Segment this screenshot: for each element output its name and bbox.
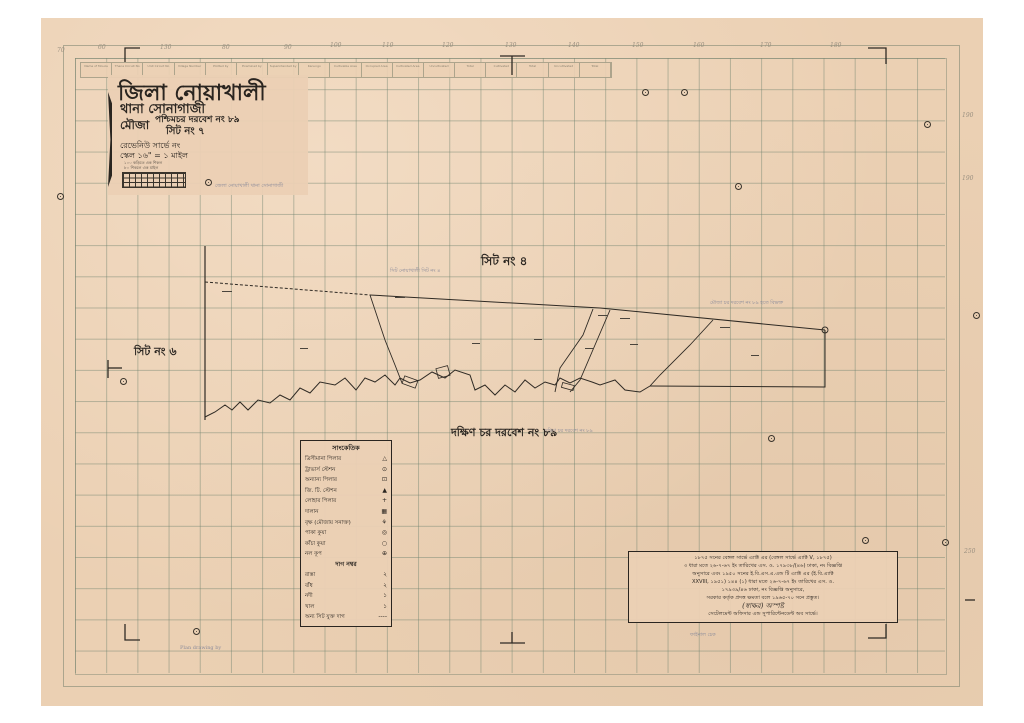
legend-item: নদী১ <box>301 591 391 602</box>
road-icon: ২ <box>383 570 387 581</box>
legend-label: খাল <box>305 602 314 613</box>
legend-item: ট্রাভার্স স্টেশন⊙ <box>301 465 391 476</box>
legend-item: জি. টি. স্টেশন▲ <box>301 486 391 497</box>
legend-title: সাংকেতিক <box>301 443 391 454</box>
pencil-note: দক্ষিণ চর দরবেশ নং ৮৯ <box>545 428 593 436</box>
legend-item: বৃক্ষ (মৌজায় সনাক্ত)⚘ <box>301 518 391 529</box>
legend-label: বৃক্ষ (মৌজায় সনাক্ত) <box>305 518 351 529</box>
legend-item: অন্যান্য পিলার⊡ <box>301 475 391 486</box>
legend-item: ত্রিসীমানা পিলার△ <box>301 454 391 465</box>
legend-label: বাঁধ <box>305 581 313 592</box>
certificate-box: ১৮৭৫ সনের বেঙ্গল সার্ভে এ্যাক্ট এর (বেঙ্… <box>628 551 898 623</box>
legend-label: ট্রাভার্স স্টেশন <box>305 465 335 476</box>
traverse-station-icon <box>862 537 869 544</box>
legend-subtitle: দাগ নম্বর <box>301 560 391 570</box>
pucca-well-icon: ◎ <box>382 528 387 539</box>
traverse-station-icon <box>924 121 931 128</box>
traverse-station-icon <box>768 435 775 442</box>
tri-junction-pillar-icon: △ <box>382 454 387 465</box>
traverse-station-icon <box>735 183 742 190</box>
legend-item: রাস্তা২ <box>301 570 391 581</box>
certificate-line: ১৮৭৫ সনের বেঙ্গল সার্ভে এ্যাক্ট এর (বেঙ্… <box>633 554 893 562</box>
traverse-station-icon <box>642 89 649 96</box>
legend-item: লোহার পিলার+ <box>301 496 391 507</box>
legend-label: ত্রিসীমানা পিলার <box>305 454 341 465</box>
pencil-note: মৌজা চর দরবেশ নং ৮৯ হতে বিভক্ত <box>710 300 783 308</box>
pencil-note: জেলা নোয়াখালী থানা সোনাগাজী <box>215 183 283 191</box>
legend-item: অন্য সিট যুক্ত দাগ---- <box>301 612 391 623</box>
legend-label: নল কূপ <box>305 549 322 560</box>
kutcha-well-icon: ○ <box>382 539 387 550</box>
traverse-station-icon <box>973 312 980 319</box>
pencil-note: ফাইনাল চেক <box>690 632 716 640</box>
certificate-line: অনুসারে এবং ১৯৫০ সনের ই.বি.এস.এ.এন্ড টি … <box>633 570 893 578</box>
river-icon: ১ <box>383 591 387 602</box>
legend-label: অন্যান্য পিলার <box>305 475 337 486</box>
legend-item: কাঁচা কুয়া○ <box>301 539 391 550</box>
traverse-station-icon <box>205 179 212 186</box>
certificate-line: সরকার কর্তৃক প্রদত্ত ক্ষমতা বলে ১৯৬৫-৭০ … <box>633 594 893 602</box>
map-legend: সাংকেতিক ত্রিসীমানা পিলার△ ট্রাভার্স স্ট… <box>300 440 392 627</box>
legend-label: রাস্তা <box>305 570 315 581</box>
adjacent-sheet-west: সিট নং ৬ <box>134 343 177 362</box>
traverse-station-icon <box>942 539 949 546</box>
legend-label: দালান <box>305 507 318 518</box>
adjacent-sheet-north: সিট নং ৪ <box>481 253 527 273</box>
legend-label: পাকা কুয়া <box>305 528 326 539</box>
gt-station-icon: ▲ <box>382 486 387 497</box>
legend-label: অন্য সিট যুক্ত দাগ <box>305 612 345 623</box>
traverse-station-icon <box>681 89 688 96</box>
legend-label: জি. টি. স্টেশন <box>305 486 337 497</box>
traverse-station-icon: ⊙ <box>382 465 387 476</box>
tree-icon: ⚘ <box>382 518 387 529</box>
certificate-line: XXVIII, ১৯৫১) ১৪৪ (১) ধারা মতে ২৬-৭-৬৭ ই… <box>633 578 893 586</box>
legend-item: পাকা কুয়া◎ <box>301 528 391 539</box>
signature: (স্বাক্ষর) অস্পষ্ট <box>633 602 893 610</box>
other-pillar-icon: ⊡ <box>382 475 387 486</box>
embankment-icon: ২ <box>383 581 387 592</box>
legend-item: খাল১ <box>301 602 391 613</box>
certificate-line: ৩ ধারা মতে ২৬-৭-৬৭ ইং তারিখের এস. ও. ১৭৯… <box>633 562 893 570</box>
canal-icon: ১ <box>383 602 387 613</box>
traverse-station-icon <box>57 193 64 200</box>
other-sheet-plot-icon: ---- <box>378 612 387 623</box>
legend-item: দালান▦ <box>301 507 391 518</box>
officer-title: সেটেলমেন্ট অফিসার এন্ড সুপারিন্টেনডেন্ট … <box>633 610 893 618</box>
adjacent-mouza-south: দক্ষিণ চর দরবেশ নং ৮৯ <box>451 424 557 443</box>
traverse-station-icon <box>193 628 200 635</box>
traverse-station-icon <box>120 378 127 385</box>
tube-well-icon: ⊕ <box>382 549 387 560</box>
pencil-note: সিট নোয়াখালী সিট নং ৪ <box>390 268 440 276</box>
legend-label: নদী <box>305 591 313 602</box>
legend-item: নল কূপ⊕ <box>301 549 391 560</box>
iron-pillar-icon: + <box>382 496 387 507</box>
certificate-line: ১৭৯৩৯/৪৬ ঢাকা, নং বিজ্ঞপ্তি অনুসারে, <box>633 586 893 594</box>
building-icon: ▦ <box>381 507 387 518</box>
legend-label: কাঁচা কুয়া <box>305 539 325 550</box>
legend-label: লোহার পিলার <box>305 496 336 507</box>
legend-item: বাঁধ২ <box>301 581 391 592</box>
pencil-note: Plan drawing by <box>180 645 221 651</box>
